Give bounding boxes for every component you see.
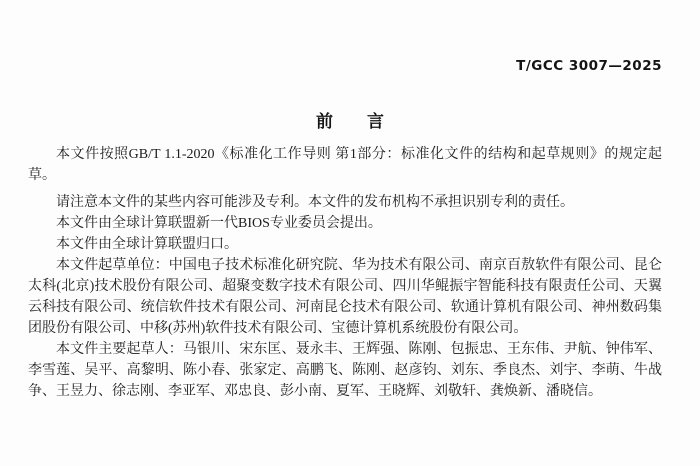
foreword-paragraph-proposed-by: 本文件由全球计算联盟新一代BIOS专业委员会提出。 (28, 213, 662, 234)
foreword-content: 本文件按照GB/T 1.1-2020《标准化工作导则 第1部分：标准化文件的结构… (28, 144, 662, 402)
document-page: T/GCC 3007—2025 前 言 本文件按照GB/T 1.1-2020《标… (0, 0, 700, 466)
foreword-paragraph-administered-by: 本文件由全球计算联盟归口。 (28, 234, 662, 255)
foreword-paragraph-patent-notice: 请注意本文件的某些内容可能涉及专利。本文件的发布机构不承担识别专利的责任。 (28, 192, 662, 213)
standard-number: T/GCC 3007—2025 (516, 58, 662, 74)
foreword-paragraph-drafting-organizations: 本文件起草单位：中国电子技术标准化研究院、华为技术有限公司、南京百敖软件有限公司… (28, 255, 662, 339)
foreword-paragraph-main-drafters: 本文件主要起草人：马银川、宋东匡、聂永丰、王辉强、陈刚、包振忠、王东伟、尹航、钟… (28, 339, 662, 402)
foreword-paragraph-drafting-rules: 本文件按照GB/T 1.1-2020《标准化工作导则 第1部分：标准化文件的结构… (28, 144, 662, 186)
page-title: 前 言 (0, 107, 700, 132)
